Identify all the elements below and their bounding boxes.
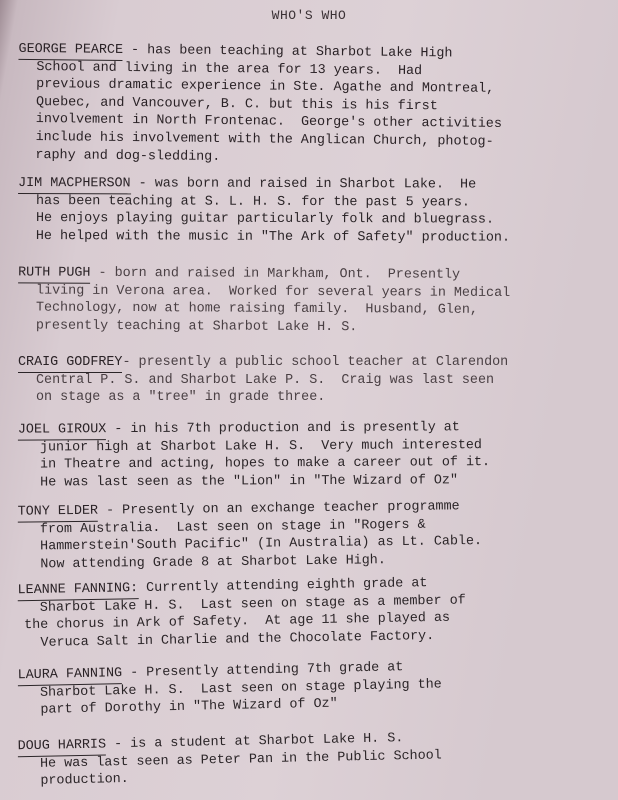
bio-name: CRAIG GODFREY — [18, 354, 122, 373]
page-title: WHO'S WHO — [0, 8, 618, 23]
bio-name: RUTH PUGH — [18, 264, 90, 283]
bio-entry-craig-godfrey: CRAIG GODFREY- presently a public school… — [18, 354, 618, 407]
bio-entry-laura-fanning: LAURA FANNING - Presently attending 7th … — [18, 655, 618, 720]
bio-text: - in his 7th production and is presently… — [106, 420, 460, 437]
bio-text: - presently a public school teacher at C… — [122, 355, 508, 370]
document-page: WHO'S WHO GEORGE PEARCE - has been teach… — [0, 0, 618, 800]
bio-name: GEORGE PEARCE — [18, 41, 123, 61]
bio-text: He was last seen as the "Lion" in "The W… — [18, 471, 618, 492]
bio-entry-leanne-fanning: LEANNE FANNING: Currently attending eigh… — [17, 572, 618, 653]
bio-text: He enjoys playing guitar particularly fo… — [18, 210, 618, 230]
bio-entry-tony-elder: TONY ELDER - Presently on an exchange te… — [18, 496, 618, 574]
bio-name: JOEL GIROUX — [18, 421, 107, 440]
bio-text: - was born and raised in Sharbot Lake. H… — [131, 176, 477, 192]
bio-text: on stage as a "tree" in grade three. — [18, 389, 618, 407]
bio-text: - has been teaching at Sharbot Lake High — [123, 43, 453, 61]
bio-text: has been teaching at S. L. H. S. for the… — [18, 193, 618, 213]
bio-text: - born and raised in Markham, Ont. Prese… — [90, 266, 460, 283]
bio-entry-joel-giroux: JOEL GIROUX - in his 7th production and … — [18, 418, 618, 492]
bio-entry-ruth-pugh: RUTH PUGH - born and raised in Markham, … — [18, 264, 618, 338]
bio-entry-jim-macpherson: JIM MACPHERSON - was born and raised in … — [18, 175, 618, 247]
bio-text: Central P. S. and Sharbot Lake P. S. Cra… — [18, 372, 618, 390]
bio-text: - Presently on an exchange teacher progr… — [98, 499, 460, 518]
bio-entry-doug-harris: DOUG HARRIS - is a student at Sharbot La… — [18, 726, 618, 791]
bio-entry-george-pearce: GEORGE PEARCE - has been teaching at Sha… — [17, 41, 618, 170]
bio-text: presently teaching at Sharbot Lake H. S. — [18, 317, 618, 338]
bio-text: He helped with the music in "The Ark of … — [18, 228, 618, 248]
bio-name: JIM MACPHERSON — [18, 175, 131, 194]
bio-name: TONY ELDER — [18, 503, 99, 523]
